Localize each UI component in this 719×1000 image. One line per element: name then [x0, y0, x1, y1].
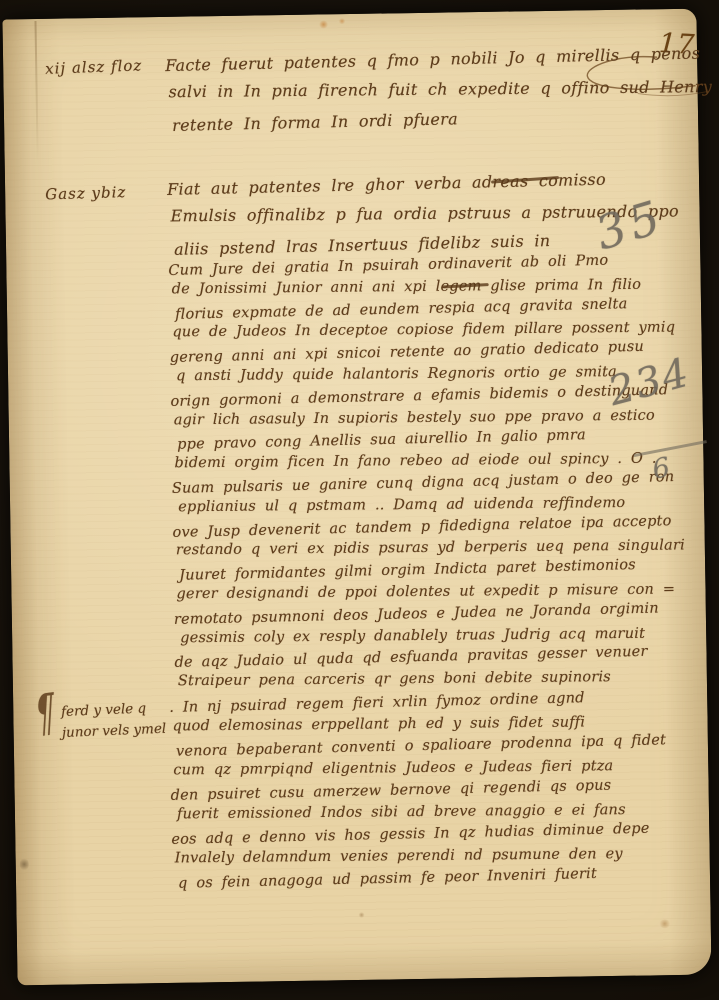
manuscript-page: 17 xij alsz floz Gasz ybiz ¶ ferd y vele…	[2, 9, 711, 986]
manuscript-photo: 17 xij alsz floz Gasz ybiz ¶ ferd y vele…	[0, 0, 719, 1000]
paragraph-mark: ¶	[34, 683, 56, 745]
paper-stain	[20, 857, 29, 871]
margin-note-mid: Gasz ybiz	[45, 183, 127, 203]
paper-stain	[359, 912, 365, 918]
paragraph-opening-note: Facte fuerut patentes q fmo p nobili Jo …	[165, 40, 713, 139]
margin-note-lower-line: junor vels ymel	[62, 719, 167, 744]
paragraph-closing-text: . In nj psuirad regem fieri xrlin fymoz …	[169, 687, 668, 893]
paper-crease	[34, 21, 38, 161]
paper-stain	[319, 20, 329, 28]
margin-note-lower: ferd y vele q junor vels ymel	[61, 698, 167, 744]
paper-stain	[338, 18, 345, 24]
paragraph-main-text: Cum Jure dei gratia In psuirah ordinaver…	[168, 251, 687, 695]
paper-stain	[659, 919, 671, 928]
margin-note-top: xij alsz floz	[45, 56, 143, 78]
